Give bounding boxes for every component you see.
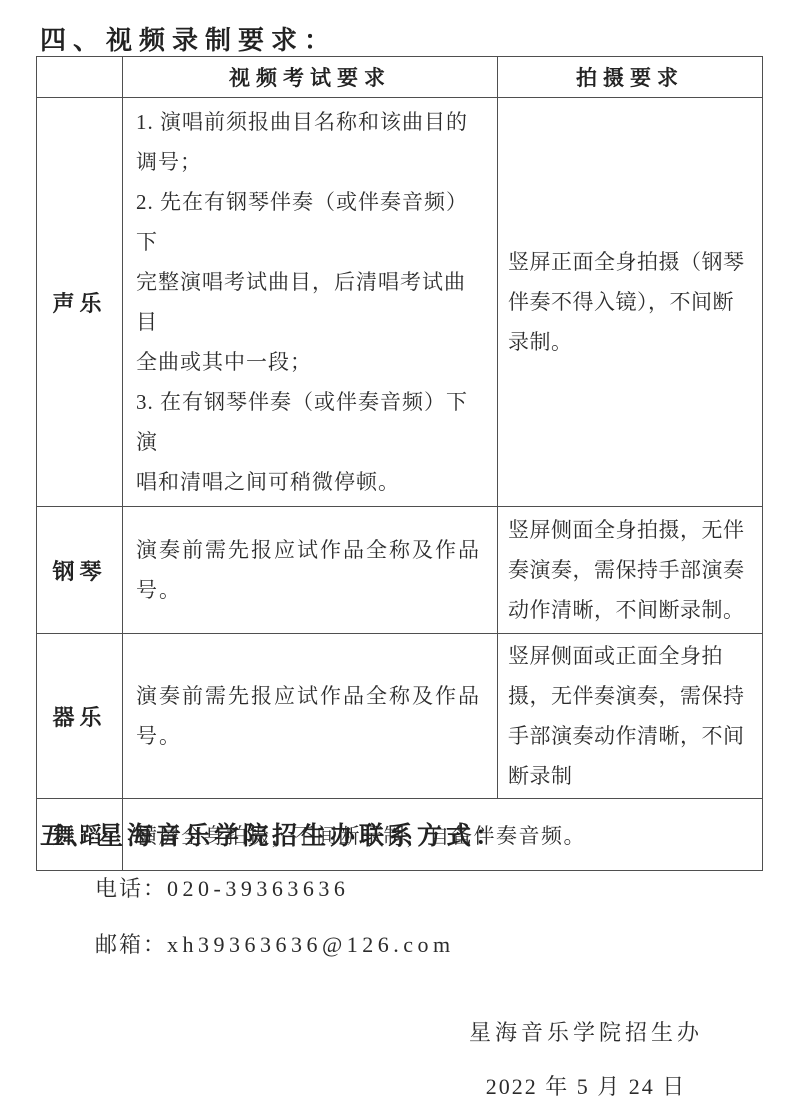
table-row-instrumental: 器乐 演奏前需先报应试作品全称及作品 号。 竖屏侧面或正面全身拍 摄，无伴奏演奏… (37, 634, 763, 799)
column-header-exam-requirements: 视频考试要求 (123, 57, 498, 98)
signature-organization: 星海音乐学院招生办 (436, 1016, 736, 1047)
phone-line: 电话：020-39363636 (95, 872, 349, 903)
vocal-category-cell: 声乐 (37, 98, 123, 507)
piano-exam-requirements-cell: 演奏前需先报应试作品全称及作品 号。 (123, 507, 498, 634)
section5-heading: 五、星海音乐学院招生办联系方式： (40, 816, 504, 852)
video-recording-requirements-table: 视频考试要求 拍摄要求 声乐 1. 演唱前须报曲目名称和该曲目的 调号； 2. … (36, 56, 763, 871)
email-label: 邮箱： (95, 932, 167, 957)
instrumental-exam-requirements-cell: 演奏前需先报应试作品全称及作品 号。 (123, 634, 498, 799)
piano-category-cell: 钢琴 (37, 507, 123, 634)
column-header-category (37, 57, 123, 98)
requirements-table-container: 视频考试要求 拍摄要求 声乐 1. 演唱前须报曲目名称和该曲目的 调号； 2. … (36, 56, 763, 871)
table-row-vocal: 声乐 1. 演唱前须报曲目名称和该曲目的 调号； 2. 先在有钢琴伴奏（或伴奏音… (37, 98, 763, 507)
piano-shooting-requirements-cell: 竖屏侧面全身拍摄，无伴 奏演奏，需保持手部演奏 动作清晰，不间断录制。 (498, 507, 763, 634)
instrumental-category-cell: 器乐 (37, 634, 123, 799)
document-page: 四、视频录制要求： 视频考试要求 拍摄要求 声乐 1. 演唱前须报曲目名称和该曲… (0, 0, 800, 1111)
email-line: 邮箱：xh39363636@126.com (95, 928, 455, 959)
section4-heading: 四、视频录制要求： (40, 20, 337, 57)
signature-date: 2022 年 5 月 24 日 (436, 1070, 736, 1101)
phone-number: 020-39363636 (167, 876, 349, 901)
column-header-shooting-requirements: 拍摄要求 (498, 57, 763, 98)
table-row-piano: 钢琴 演奏前需先报应试作品全称及作品 号。 竖屏侧面全身拍摄，无伴 奏演奏，需保… (37, 507, 763, 634)
instrumental-shooting-requirements-cell: 竖屏侧面或正面全身拍 摄，无伴奏演奏，需保持 手部演奏动作清晰，不间 断录制 (498, 634, 763, 799)
vocal-exam-requirements-cell: 1. 演唱前须报曲目名称和该曲目的 调号； 2. 先在有钢琴伴奏（或伴奏音频）下… (123, 98, 498, 507)
email-address: xh39363636@126.com (167, 932, 455, 957)
table-header-row: 视频考试要求 拍摄要求 (37, 57, 763, 98)
phone-label: 电话： (95, 876, 167, 901)
vocal-shooting-requirements-cell: 竖屏正面全身拍摄（钢琴 伴奏不得入镜），不间断 录制。 (498, 98, 763, 507)
